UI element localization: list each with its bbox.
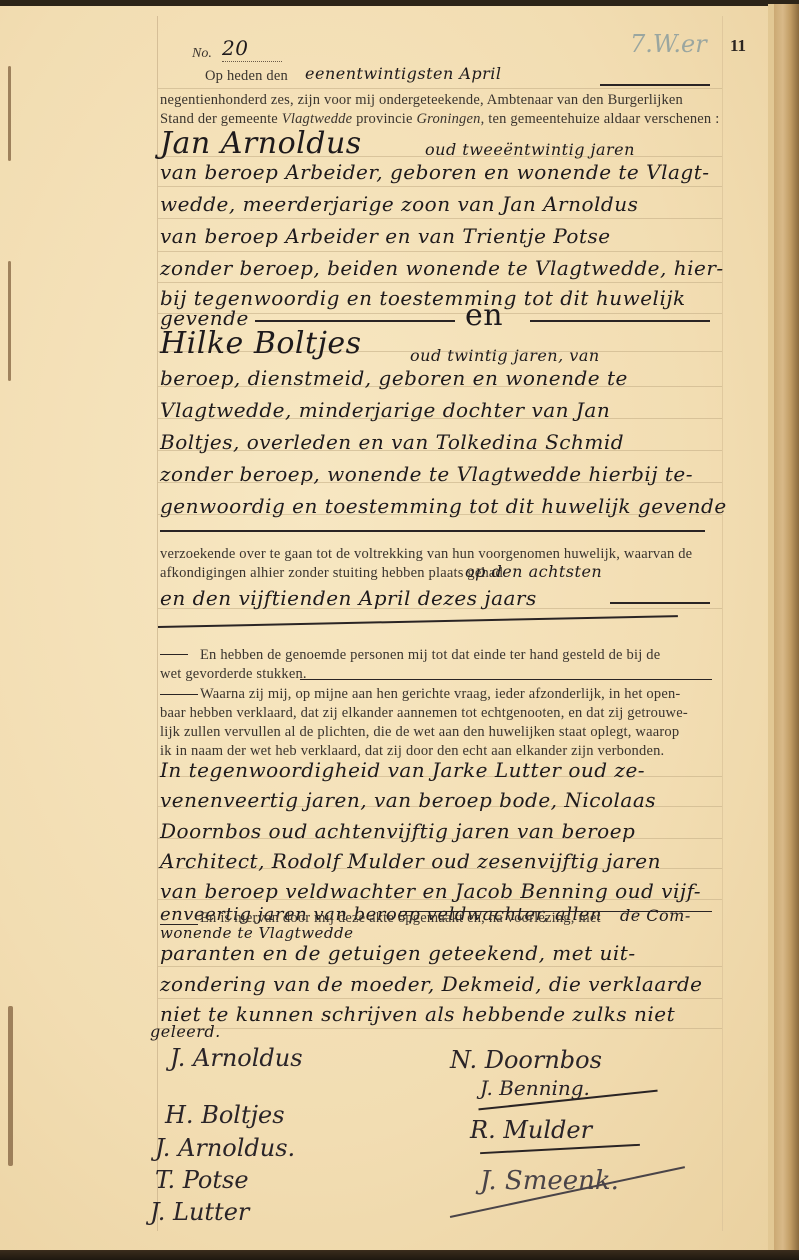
closing-handwritten: de Com-: [620, 906, 691, 925]
declaration-line: Waarna zij mij, op mijne aan hen gericht…: [200, 686, 680, 703]
left-margin-rule: [157, 16, 158, 1231]
groom-name: Jan Arnoldus: [160, 126, 362, 161]
book-binding-bottom: [0, 1250, 799, 1260]
fill-line: [160, 530, 705, 532]
fill-line: [300, 679, 712, 680]
closing-handwritten: paranten en de getuigen geteekend, met u…: [160, 941, 636, 965]
groom-line: wedde, meerderjarige zoon van Jan Arnold…: [160, 192, 638, 216]
proclamation-dates-handwritten-2: en den vijftienden April dezes jaars: [160, 586, 537, 610]
signature-bride: H. Boltjes: [165, 1101, 285, 1129]
bride-line: zonder beroep, wonende te Vlagtwedde hie…: [160, 462, 693, 486]
spine-mark: [8, 66, 11, 161]
record-number-underline: [222, 61, 282, 62]
right-margin-rule: [722, 16, 723, 1231]
page-edges: [772, 4, 799, 1254]
connector-en: en: [465, 298, 503, 333]
signature-registrar: J. Smeenk.: [480, 1166, 619, 1196]
fill-line: [600, 84, 710, 86]
request-line-1: verzoekende over te gaan tot de voltrekk…: [160, 546, 692, 563]
witness-line: van beroep veldwachter en Jacob Benning …: [160, 879, 701, 903]
request-line-2: afkondigingen alhier zonder stuiting heb…: [160, 565, 503, 582]
documents-line-1: En hebben de genoemde personen mij tot d…: [200, 647, 660, 664]
witness-line: In tegenwoordigheid van Jarke Lutter oud…: [160, 758, 645, 782]
bride-line: genwoordig en toestemming tot dit huweli…: [160, 494, 727, 518]
record-number: 20: [222, 36, 248, 60]
groom-line: van beroep Arbeider, geboren en wonende …: [160, 160, 710, 184]
gemeente-value: Vlagtwedde: [282, 111, 352, 127]
record-number-label: No.: [192, 46, 212, 62]
witness-line: Doornbos oud achtenvijftig jaren van ber…: [160, 819, 635, 843]
bride-line: beroep, dienstmeid, geboren en wonende t…: [160, 366, 628, 390]
groom-line: zonder beroep, beiden wonende te Vlagtwe…: [160, 256, 724, 280]
closing-handwritten: niet te kunnen schrijven als hebbende zu…: [160, 1002, 675, 1026]
closing-handwritten: geleerd.: [150, 1022, 221, 1041]
fill-line: [610, 602, 710, 604]
spine-mark: [8, 261, 11, 381]
groom-line: van beroep Arbeider en van Trientje Pots…: [160, 224, 611, 248]
signature-groom-father: J. Arnoldus.: [155, 1134, 295, 1162]
fill-line: [530, 320, 710, 322]
bride-age: oud twintig jaren, van: [410, 346, 600, 365]
witness-line: Architect, Rodolf Mulder oud zesenvijfti…: [160, 849, 661, 873]
signature-witness-mulder: R. Mulder: [470, 1116, 592, 1144]
witness-line: venenveertig jaren, van beroep bode, Nic…: [160, 788, 656, 812]
intro-date-handwritten: eenentwintigsten April: [305, 64, 502, 83]
declaration-line: baar hebben verklaard, dat zij elkander …: [160, 705, 688, 722]
intro-line-2: negentienhonderd zes, zijn voor mij onde…: [160, 92, 683, 109]
bride-line: Boltjes, overleden en van Tolkedina Schm…: [160, 430, 624, 454]
signature-witness-lutter: J. Lutter: [150, 1198, 249, 1226]
proclamation-dates-handwritten: op den achtsten: [465, 562, 602, 581]
declaration-line: lijk zullen vervullen al de plichten, di…: [160, 724, 679, 741]
bride-name: Hilke Boltjes: [160, 326, 362, 361]
documents-line-2: wet gevorderde stukken.: [160, 666, 307, 683]
intro-prefix: Op heden den: [205, 68, 288, 85]
signature-witness-doornbos: N. Doornbos: [450, 1046, 602, 1074]
pencil-annotation: 7.W.er: [630, 30, 707, 58]
signature-groom-mother: T. Potse: [155, 1166, 249, 1194]
page-number: 11: [730, 36, 746, 56]
signature-witness-benning: J. Benning.: [480, 1076, 590, 1100]
fill-line: [255, 320, 455, 322]
signature-groom: J. Arnoldus: [170, 1044, 303, 1072]
provincie-value: Groningen: [416, 111, 480, 127]
closing-handwritten: zondering van de moeder, Dekmeid, die ve…: [160, 972, 702, 996]
register-page: 7.W.er 11 No. 20 Op heden den eenentwint…: [0, 6, 772, 1250]
bride-line: Vlagtwedde, minderjarige dochter van Jan: [160, 398, 610, 422]
fill-line: [158, 615, 678, 627]
spine-mark: [8, 1006, 13, 1166]
groom-age: oud tweeëntwintig jaren: [425, 140, 635, 159]
closing-printed: En is hiervan door mij deze akte opgemaa…: [200, 910, 601, 927]
